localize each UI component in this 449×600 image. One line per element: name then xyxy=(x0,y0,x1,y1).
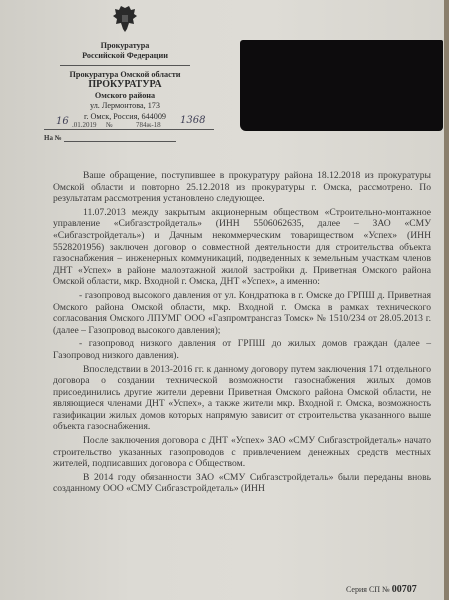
form-series: Серия СП № 00707 xyxy=(346,584,417,595)
dept-name-line2: ПРОКУРАТУРА xyxy=(40,80,210,91)
registration-line: 16 .01.2019 № 784ж-18 1368 xyxy=(44,119,214,131)
list-item: - газопровод высокого давления от ул. Ко… xyxy=(53,290,431,336)
russian-coat-of-arms-icon xyxy=(111,4,139,34)
registration-underline xyxy=(44,129,214,130)
reply-to-line: На № xyxy=(44,134,176,142)
redaction-box xyxy=(240,40,443,131)
handwritten-number: 1368 xyxy=(180,115,205,126)
number-label: № xyxy=(106,121,113,129)
paragraph: В 2014 году обязанности ЗАО «СМУ Сибгазс… xyxy=(53,472,431,495)
letter-body: Ваше обращение, поступившее в прокуратур… xyxy=(53,170,431,497)
handwritten-day: 16 xyxy=(56,116,69,127)
page-edge-background xyxy=(444,0,449,600)
series-label: Серия СП № xyxy=(346,585,390,594)
address-line1: ул. Лермонтова, 173 xyxy=(40,101,210,112)
paragraph: Ваше обращение, поступившее в прокуратур… xyxy=(53,170,431,205)
paragraph: 11.07.2013 между закрытым акционерным об… xyxy=(53,207,431,288)
printed-date: .01.2019 xyxy=(72,121,97,129)
paragraph: Впоследствии в 2013-2016 гг. к данному д… xyxy=(53,364,431,434)
list-item: - газопровод низкого давления от ГРПШ до… xyxy=(53,338,431,361)
series-number: 00707 xyxy=(392,584,417,595)
org-name-line2: Российской Федерации xyxy=(40,51,210,62)
reply-to-underline xyxy=(64,141,176,142)
registration-number: 784ж-18 xyxy=(136,121,161,129)
dept-name-line3: Омского района xyxy=(40,91,210,102)
paragraph: После заключения договора с ДНТ «Успех» … xyxy=(53,435,431,470)
header-divider xyxy=(60,65,190,66)
letterhead: Прокуратура Российской Федерации Прокура… xyxy=(40,4,210,122)
org-name-line1: Прокуратура xyxy=(40,41,210,52)
document-page: Прокуратура Российской Федерации Прокура… xyxy=(0,0,444,600)
reply-to-label: На № xyxy=(44,134,62,142)
